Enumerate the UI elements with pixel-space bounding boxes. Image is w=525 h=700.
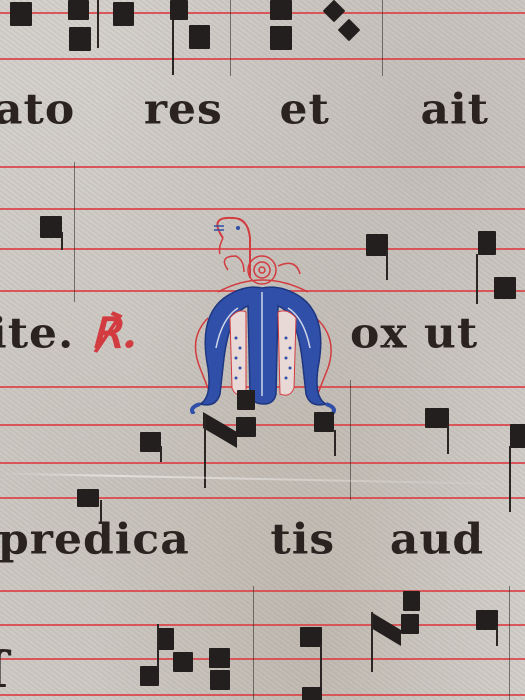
neume bbox=[40, 216, 62, 238]
division-bar bbox=[382, 0, 383, 76]
staff-line bbox=[0, 58, 525, 60]
lyric-line-2-continued: ox ut bbox=[350, 309, 478, 357]
response-mark: ℟. bbox=[91, 309, 138, 357]
neume-stem bbox=[157, 624, 159, 668]
staff-line bbox=[0, 658, 525, 660]
neume bbox=[170, 0, 188, 20]
division-bar bbox=[230, 0, 231, 76]
neume-stem bbox=[386, 250, 388, 280]
neume-stem bbox=[509, 446, 511, 512]
neume bbox=[302, 687, 322, 700]
neume bbox=[270, 0, 292, 20]
neume bbox=[140, 666, 159, 686]
division-bar bbox=[350, 380, 351, 500]
division-bar bbox=[74, 162, 75, 302]
neume bbox=[10, 2, 32, 26]
neume bbox=[403, 591, 420, 611]
staff-line bbox=[0, 166, 525, 168]
neume bbox=[476, 610, 498, 630]
neume bbox=[77, 489, 99, 507]
neume-stem bbox=[334, 430, 336, 456]
neume bbox=[494, 277, 516, 299]
neume-stem bbox=[97, 0, 99, 48]
neume bbox=[173, 652, 193, 672]
neume bbox=[209, 648, 230, 668]
neume-stem bbox=[160, 446, 162, 462]
neume-stem bbox=[371, 612, 373, 672]
lyric-line-2: ite. ℟. bbox=[0, 309, 138, 357]
neume bbox=[425, 408, 449, 428]
lyric-line-3: predica tis aud bbox=[0, 515, 484, 563]
neume bbox=[68, 0, 89, 20]
lyric-syllable: ato bbox=[0, 85, 75, 133]
neume-rhombus bbox=[338, 19, 361, 42]
neume bbox=[158, 628, 174, 650]
lyric-syllable: aud bbox=[390, 515, 484, 563]
neume bbox=[478, 231, 496, 255]
neume bbox=[366, 234, 388, 256]
lyric-line-1: ato res et ait bbox=[0, 85, 489, 133]
division-bar bbox=[509, 586, 510, 700]
staff-line bbox=[0, 590, 525, 592]
neume bbox=[270, 26, 292, 50]
neume bbox=[314, 412, 334, 432]
neume-stem bbox=[447, 424, 449, 454]
neume-stem bbox=[496, 626, 498, 646]
neume-stem bbox=[476, 254, 478, 304]
neume bbox=[300, 627, 322, 647]
neume bbox=[113, 2, 134, 26]
parchment-crease bbox=[0, 473, 525, 486]
neume-oblique-ligature bbox=[371, 612, 403, 652]
lyric-fragment: ſ bbox=[0, 642, 9, 700]
lyric-syllable: ait bbox=[420, 85, 489, 133]
division-bar bbox=[253, 586, 254, 700]
neume bbox=[69, 27, 91, 51]
lyric-syllable: predica bbox=[0, 515, 190, 563]
neume bbox=[189, 25, 210, 49]
manuscript-leaf: ato res et ait ite. ℟. ox ut bbox=[0, 0, 525, 700]
decorated-initial-m-icon bbox=[178, 208, 348, 414]
neume bbox=[510, 424, 525, 448]
neume bbox=[210, 670, 230, 690]
lyric-syllable: tis bbox=[270, 515, 335, 563]
lyric-syllable: et bbox=[279, 85, 329, 133]
neume bbox=[140, 432, 161, 452]
neume-stem bbox=[61, 232, 63, 250]
neume-rhombus bbox=[323, 0, 346, 22]
neume-oblique-ligature bbox=[203, 412, 239, 452]
staff-line bbox=[0, 624, 525, 626]
lyric-syllable: ite. bbox=[0, 309, 74, 357]
neume-stem bbox=[172, 20, 174, 75]
staff-line bbox=[0, 694, 525, 696]
neume bbox=[236, 417, 256, 437]
staff-line bbox=[0, 462, 525, 464]
neume bbox=[237, 390, 255, 410]
neume bbox=[401, 614, 419, 634]
lyric-syllable: res bbox=[144, 85, 223, 133]
